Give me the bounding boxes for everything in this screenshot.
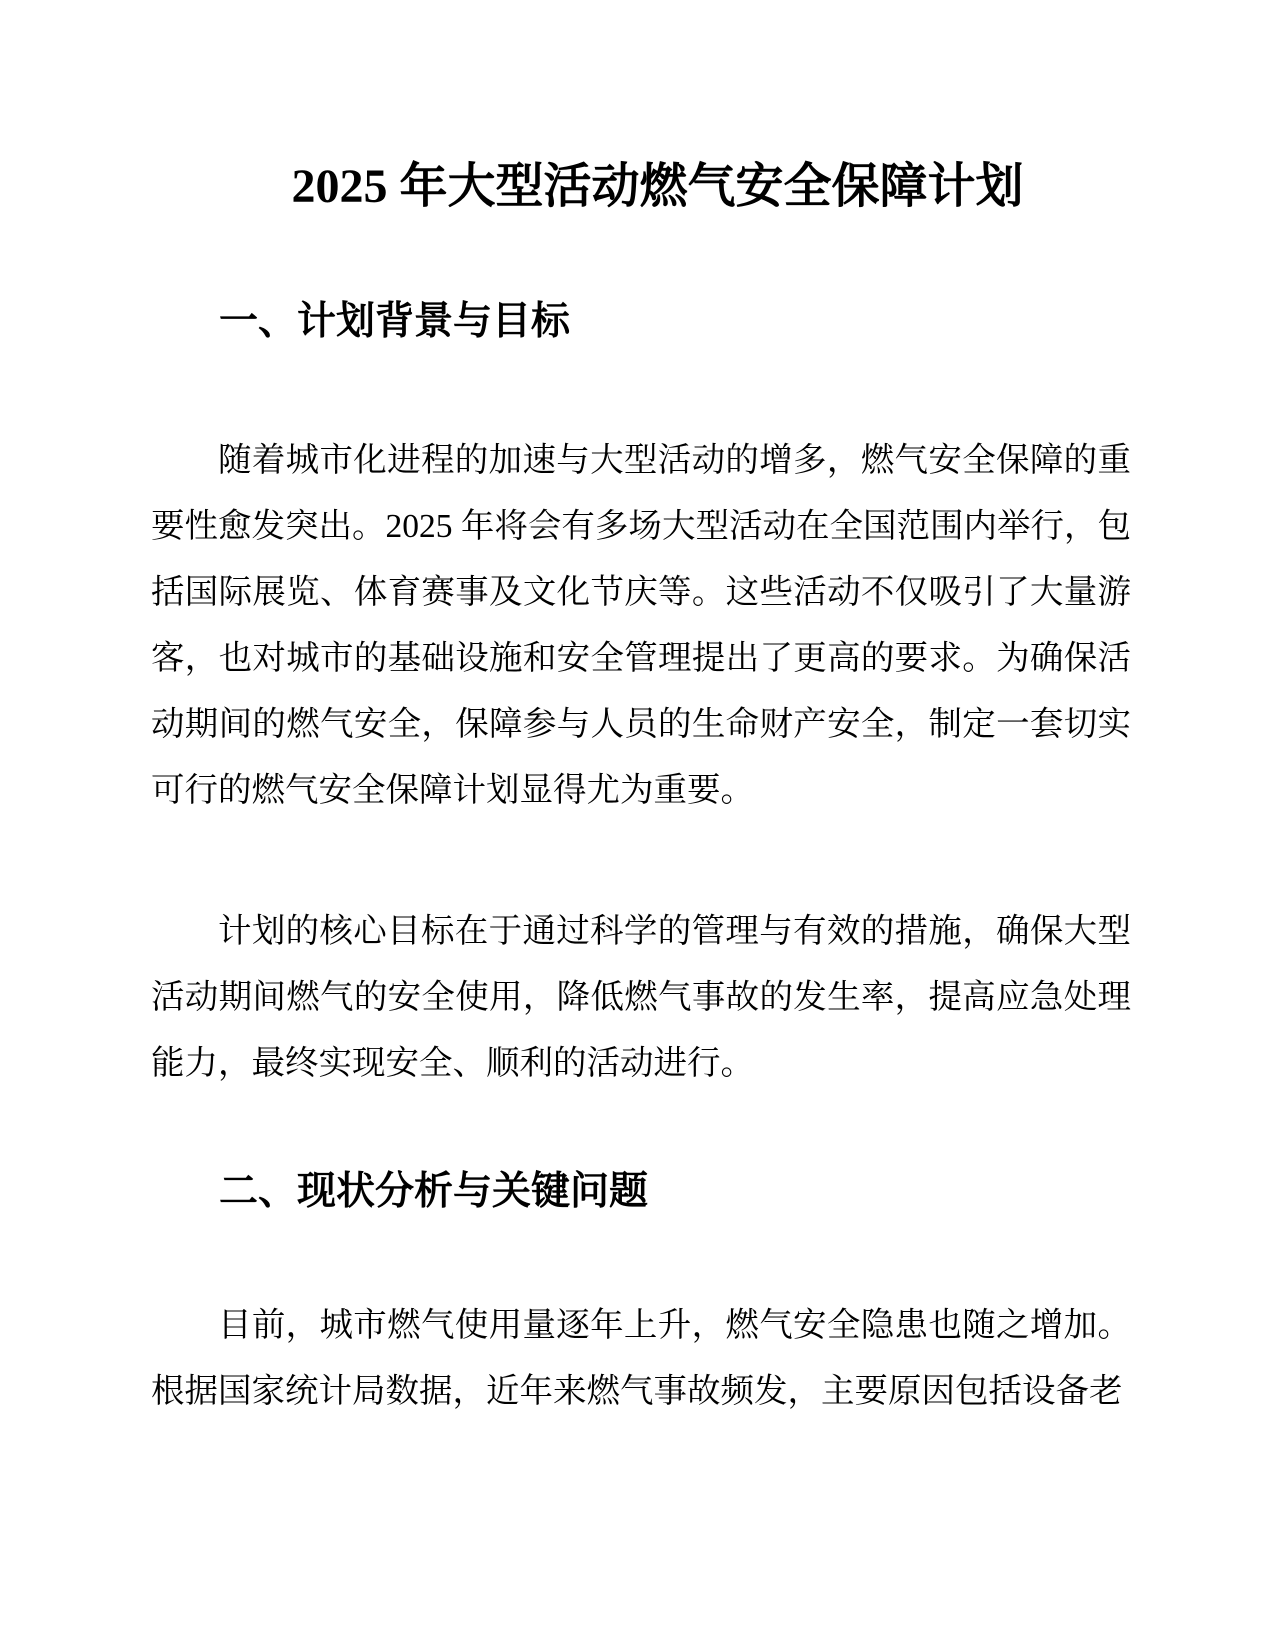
document-page: 2025 年大型活动燃气安全保障计划 一、计划背景与目标 随着城市化进程的加速与… — [0, 0, 1275, 1650]
section-heading-2: 二、现状分析与关键问题 — [219, 1167, 648, 1217]
document-title: 2025 年大型活动燃气安全保障计划 — [172, 156, 1143, 218]
section-1-paragraph-2: 计划的核心目标在于通过科学的管理与有效的措施，确保大型活动期间燃气的安全使用，降… — [151, 899, 1131, 1097]
section-heading-1: 一、计划背景与目标 — [219, 297, 570, 347]
section-2-paragraph-1: 目前，城市燃气使用量逐年上升，燃气安全隐患也随之增加。根据国家统计局数据，近年来… — [151, 1293, 1131, 1425]
section-1-paragraph-1: 随着城市化进程的加速与大型活动的增多，燃气安全保障的重要性愈发突出。2025 年… — [151, 428, 1131, 824]
